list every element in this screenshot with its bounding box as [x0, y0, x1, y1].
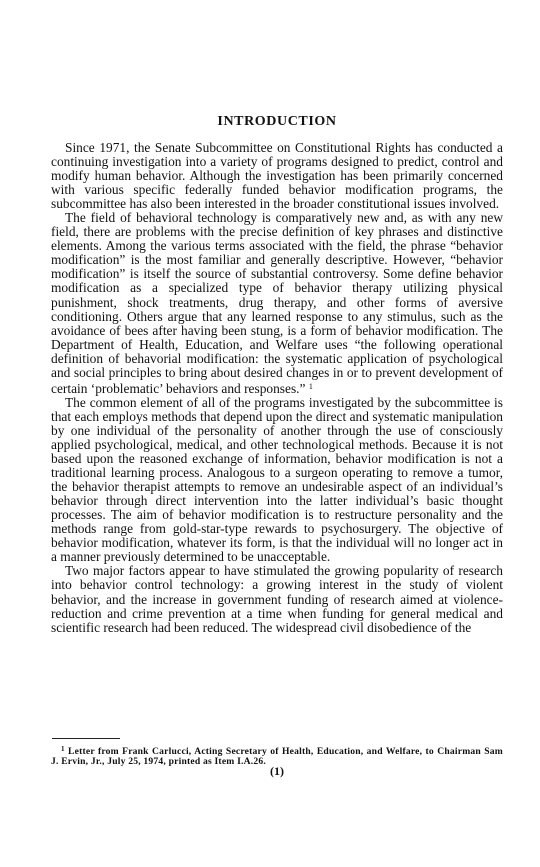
- section-heading: INTRODUCTION: [51, 114, 503, 130]
- page-number: (1): [51, 764, 503, 779]
- footnote-mark: 1: [61, 745, 65, 753]
- paragraph-1: Since 1971, the Senate Subcommittee on C…: [51, 141, 503, 211]
- footnote-reference: 1: [309, 382, 313, 391]
- paragraph-4: Two major factors appear to have stimula…: [51, 564, 503, 634]
- paragraph-2-text: The field of behavioral technology is co…: [51, 210, 503, 396]
- paragraph-2: The field of behavioral technology is co…: [51, 211, 503, 396]
- footnote-divider: [52, 738, 120, 739]
- paragraph-3: The common element of all of the program…: [51, 396, 503, 565]
- body-text: Since 1971, the Senate Subcommittee on C…: [51, 141, 503, 635]
